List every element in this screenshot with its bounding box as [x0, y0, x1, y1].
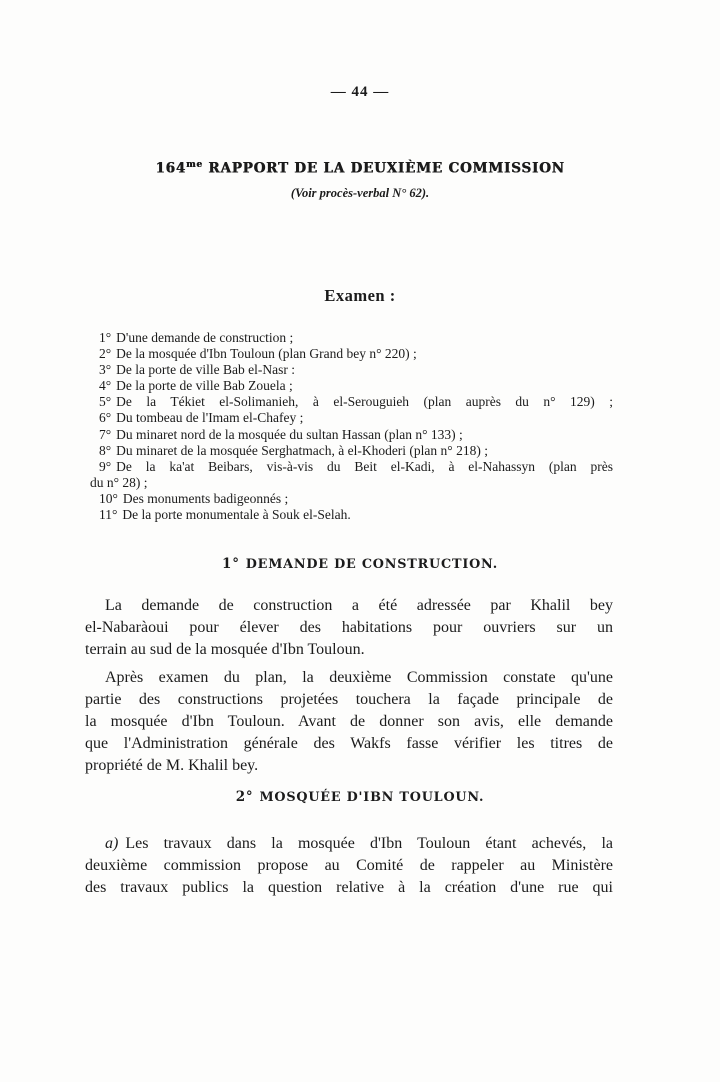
paragraph-line: Après examen du plan, la deuxième Commis…	[85, 667, 613, 689]
paragraph-line: partie des constructions projetées touch…	[85, 689, 613, 711]
paragraph-line: a)Les travaux dans la mosquée d'Ibn Toul…	[85, 833, 613, 855]
paragraph-line: des travaux publics la question relative…	[85, 877, 613, 899]
paragraph-line: La demande de construction a été adressé…	[85, 595, 613, 617]
paragraph-2: Après examen du plan, la deuxième Commis…	[85, 667, 613, 777]
paragraph-line: deuxième commission propose au Comité de…	[85, 855, 613, 877]
list-line: 3°De la porte de ville Bab el-Nasr :	[85, 362, 613, 378]
page-number: — 44 —	[0, 84, 720, 101]
paragraph-1: La demande de construction a été adressé…	[85, 595, 613, 661]
paragraph-line: el-Nabaràoui pour élever des habitations…	[85, 617, 613, 639]
section-heading-2: 2°MOSQUÉE D'IBN TOULOUN.	[0, 789, 720, 805]
examen-list: 1°D'une demande de construction ; 2°De l…	[85, 330, 613, 523]
list-line: 9°De la ka'at Beibars, vis-à-vis du Beit…	[85, 459, 613, 475]
list-line: 8°Du minaret de la mosquée Serghatmach, …	[85, 443, 613, 459]
paragraph-3: a)Les travaux dans la mosquée d'Ibn Toul…	[85, 833, 613, 899]
paragraph-line: la mosquée d'Ibn Touloun. Avant de donne…	[85, 711, 613, 733]
section-heading-1: 1°DEMANDE DE CONSTRUCTION.	[0, 556, 720, 572]
list-line: 10°Des monuments badigeonnés ;	[85, 491, 613, 507]
paragraph-line: propriété de M. Khalil bey.	[85, 755, 613, 777]
list-line: 5°De la Tékiet el-Solimanieh, à el-Serou…	[85, 394, 613, 410]
list-line: 2°De la mosquée d'Ibn Touloun (plan Gran…	[85, 346, 613, 362]
paragraph-line: terrain au sud de la mosquée d'Ibn Toulo…	[85, 639, 613, 661]
report-title-text: RAPPORT DE LA DEUXIÈME COMMISSION	[208, 161, 564, 177]
report-title: 164me RAPPORT DE LA DEUXIÈME COMMISSION	[0, 160, 720, 177]
list-line: 1°D'une demande de construction ;	[85, 330, 613, 346]
report-title-ordinal-suffix: me	[186, 160, 203, 170]
list-line: 11°De la porte monumentale à Souk el-Sel…	[85, 507, 613, 523]
report-title-number: 164	[155, 161, 186, 177]
report-subtitle: (Voir procès-verbal N° 62).	[0, 186, 720, 201]
list-line: du n° 28) ;	[85, 475, 613, 491]
examen-heading: Examen :	[0, 286, 720, 306]
list-line: 4°De la porte de ville Bab Zouela ;	[85, 378, 613, 394]
list-line: 7°Du minaret nord de la mosquée du sulta…	[85, 427, 613, 443]
paragraph-line: que l'Administration générale des Wakfs …	[85, 733, 613, 755]
list-line: 6°Du tombeau de l'Imam el-Chafey ;	[85, 410, 613, 426]
item-letter-a: a)	[105, 835, 118, 852]
document-page: — 44 — 164me RAPPORT DE LA DEUXIÈME COMM…	[0, 0, 720, 1082]
